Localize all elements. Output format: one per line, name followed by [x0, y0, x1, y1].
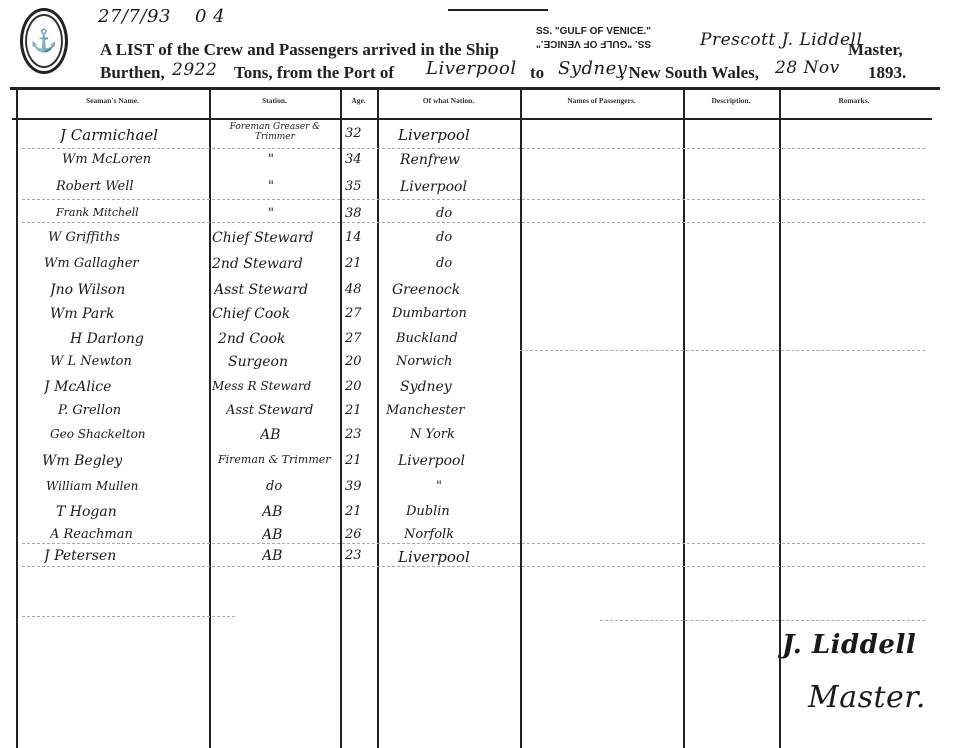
station: 2nd Steward: [212, 256, 303, 272]
seaman-name: Jno Wilson: [50, 282, 125, 298]
station: Asst Steward: [226, 403, 313, 418]
station: ": [268, 179, 274, 194]
header-bottom-rule: [12, 118, 932, 120]
seaman-name: Wm McLoren: [62, 152, 151, 167]
table-row: W GriffithsChief Steward14do: [0, 228, 955, 252]
table-row: William Mullendo39": [0, 477, 955, 501]
col-header-passengers: Names of Passengers.: [520, 96, 683, 105]
seaman-name: Wm Park: [50, 306, 114, 322]
table-row: Geo ShackeltonAB23N York: [0, 425, 955, 449]
from-port: Liverpool: [426, 58, 517, 79]
ruling-line: [520, 350, 925, 351]
age: 35: [345, 179, 362, 194]
seaman-name: W L Newton: [50, 354, 132, 369]
table-row: Wm ParkChief Cook27Dumbarton: [0, 304, 955, 328]
master-name: Prescott J. Liddell: [700, 30, 862, 50]
seaman-name: Robert Well: [56, 179, 134, 194]
seaman-name: T Hogan: [56, 504, 117, 520]
seaman-name: J McAlice: [44, 379, 111, 395]
to-label: to: [530, 63, 544, 83]
seaman-name: William Mullen: [46, 479, 138, 493]
col-header-description: Description.: [683, 96, 779, 105]
age: 26: [345, 527, 362, 542]
table-row: P. GrellonAsst Steward21Manchester: [0, 401, 955, 425]
tons-label: Tons, from the Port of: [234, 63, 394, 83]
age: 27: [345, 331, 362, 346]
station: 2nd Cook: [218, 331, 285, 347]
seaman-name: P. Grellon: [58, 403, 121, 418]
age: 23: [345, 548, 362, 563]
station: Surgeon: [228, 354, 288, 370]
anchor-icon: ⚓: [25, 14, 63, 68]
seaman-name: H Darlong: [70, 331, 144, 347]
ruling-line: [22, 566, 925, 567]
age: 21: [345, 453, 362, 468]
age: 39: [345, 479, 362, 494]
header-top-rule: [10, 87, 940, 90]
table-row: Wm McLoren"34Renfrew: [0, 150, 955, 174]
shipping-master-seal: ⚓: [20, 8, 68, 74]
age: 20: [345, 379, 362, 394]
ruling-line: [22, 199, 925, 200]
nation: do: [436, 256, 452, 271]
table-row: Jno WilsonAsst Steward48Greenock: [0, 280, 955, 304]
ruling-line: [22, 148, 925, 149]
nation: do: [436, 206, 452, 221]
age: 38: [345, 206, 362, 221]
nation: Liverpool: [398, 126, 470, 144]
nation: Sydney: [400, 379, 452, 395]
age: 21: [345, 504, 362, 519]
burthen-value: 2922: [172, 60, 217, 80]
ruling-line: [22, 543, 925, 544]
ship-name-stamp: SS. "GULF OF VENICE.": [536, 26, 651, 37]
station: Chief Cook: [212, 306, 290, 322]
col-header-seaman-name: Seaman's Name.: [16, 96, 209, 105]
nation: Norfolk: [404, 527, 454, 542]
table-row: W L NewtonSurgeon20Norwich: [0, 352, 955, 376]
station: AB: [262, 527, 282, 543]
seaman-name: Frank Mitchell: [56, 206, 139, 219]
col-header-remarks: Remarks.: [779, 96, 929, 105]
nation: Renfrew: [400, 152, 460, 168]
burthen-label: Burthen,: [100, 63, 165, 83]
master-title: Master.: [808, 680, 926, 715]
station: ": [268, 206, 274, 221]
nation: Dumbarton: [392, 306, 467, 321]
nation: ": [436, 479, 442, 494]
nation: Manchester: [386, 403, 465, 418]
seaman-name: J Petersen: [44, 548, 116, 564]
nation: Liverpool: [398, 548, 470, 566]
ruling-line: [22, 616, 235, 617]
nation: Liverpool: [400, 179, 467, 195]
age: 21: [345, 403, 362, 418]
nation: N York: [410, 427, 455, 442]
table-row: J CarmichaelForeman Greaser & Trimmer32L…: [0, 124, 955, 148]
age: 14: [345, 230, 362, 245]
col-header-station: Station.: [209, 96, 340, 105]
age: 34: [345, 152, 362, 167]
ship-name-stamp-mirrored: SS. "GULF OF VENICE.": [536, 38, 651, 49]
age: 32: [345, 126, 362, 141]
ruling-line: [22, 222, 925, 223]
station: Foreman Greaser & Trimmer: [212, 122, 338, 142]
table-row: Wm BegleyFireman & Trimmer21Liverpool: [0, 451, 955, 475]
seaman-name: Geo Shackelton: [50, 427, 146, 441]
age: 27: [345, 306, 362, 321]
master-signature: J. Liddell: [782, 630, 916, 660]
station: do: [266, 479, 282, 494]
age: 23: [345, 427, 362, 442]
table-row: Wm Gallagher2nd Steward21do: [0, 254, 955, 278]
nation: Greenock: [392, 282, 460, 298]
table-row: Frank Mitchell"38do: [0, 204, 955, 228]
nation: Norwich: [396, 354, 452, 369]
nation: Dublin: [406, 504, 450, 519]
nation: Buckland: [396, 331, 458, 346]
station: AB: [262, 548, 282, 564]
station: AB: [262, 504, 282, 520]
arrival-date: 28 Nov: [775, 58, 840, 78]
to-port: Sydney: [558, 58, 627, 79]
age: 20: [345, 354, 362, 369]
master-label: Master,: [848, 40, 903, 60]
station: Mess R Steward: [212, 379, 311, 393]
station: Asst Steward: [214, 282, 308, 298]
top-rule: [448, 9, 548, 11]
col-header-nation: Of what Nation.: [377, 96, 520, 105]
arrival-year: 1893.: [868, 63, 906, 83]
seaman-name: Wm Gallagher: [44, 256, 139, 271]
age: 21: [345, 256, 362, 271]
station: Fireman & Trimmer: [218, 453, 331, 466]
table-row: J McAliceMess R Steward20Sydney: [0, 377, 955, 401]
nation: Liverpool: [398, 453, 465, 469]
seaman-name: J Carmichael: [60, 126, 158, 144]
state-label: , New South Wales,: [620, 63, 759, 83]
reference-note: 0 4: [195, 6, 225, 27]
col-header-age: Age.: [340, 96, 377, 105]
seaman-name: W Griffiths: [48, 230, 120, 245]
table-row: T HoganAB21Dublin: [0, 502, 955, 526]
reference-number: 27/7/93: [98, 6, 171, 27]
age: 48: [345, 282, 362, 297]
seaman-name: Wm Begley: [42, 453, 122, 469]
ruling-line: [600, 620, 925, 621]
station: ": [268, 152, 274, 167]
station: Chief Steward: [212, 230, 314, 246]
nation: do: [436, 230, 452, 245]
station: AB: [260, 427, 280, 443]
table-row: Robert Well"35Liverpool: [0, 177, 955, 201]
seaman-name: A Reachman: [50, 527, 133, 542]
title-line-1: A LIST of the Crew and Passengers arrive…: [100, 40, 499, 60]
